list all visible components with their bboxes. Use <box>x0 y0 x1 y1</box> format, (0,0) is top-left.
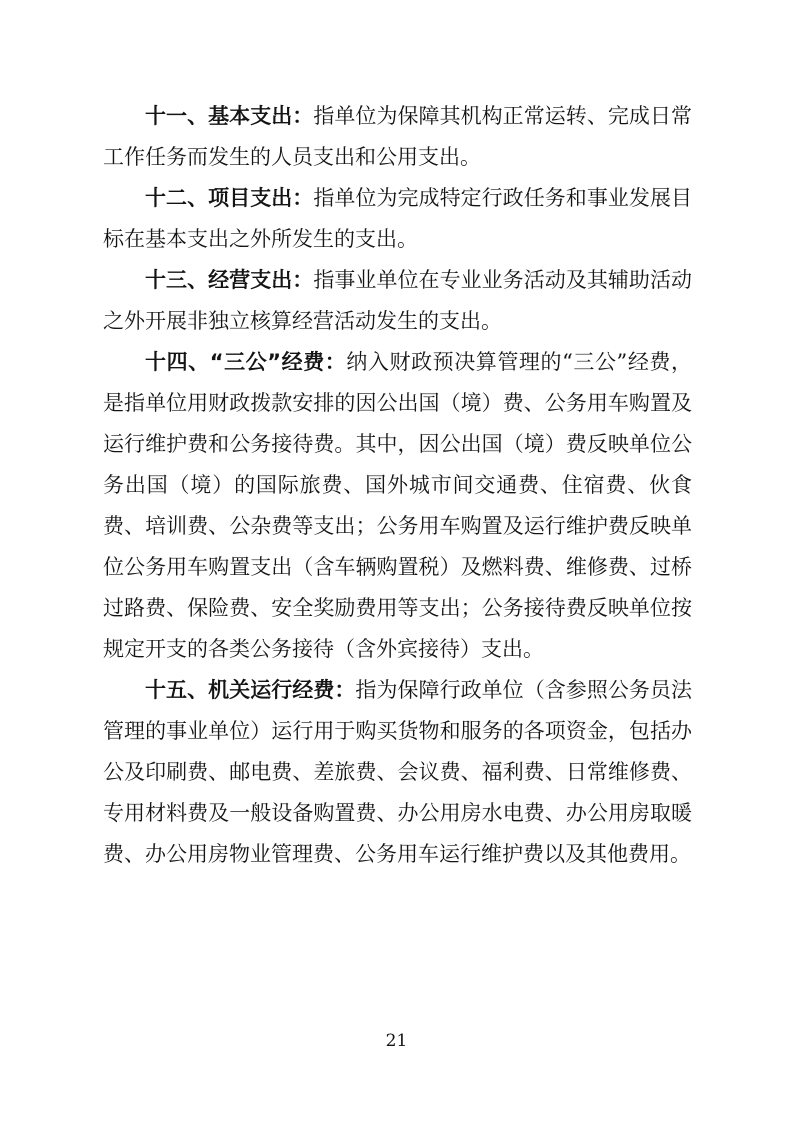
definition-paragraph: 十一、基本支出：指单位为保障其机构正常运转、完成日常工作任务而发生的人员支出和公… <box>103 96 692 178</box>
definition-paragraph: 十三、经营支出：指事业单位在专业业务活动及其辅助活动之外开展非独立核算经营活动发… <box>103 260 692 342</box>
page-number: 21 <box>386 1031 408 1051</box>
term-heading: 十一、基本支出： <box>145 104 313 128</box>
document-text-block: 十一、基本支出：指单位为保障其机构正常运转、完成日常工作任务而发生的人员支出和公… <box>103 96 692 875</box>
document-page: 十一、基本支出：指单位为保障其机构正常运转、完成日常工作任务而发生的人员支出和公… <box>0 0 793 1122</box>
term-heading: 十五、机关运行经费： <box>145 678 355 702</box>
definition-paragraph: 十四、“三公”经费：纳入财政预决算管理的“三公”经费，是指单位用财政拨款安排的因… <box>103 342 692 670</box>
term-definition: 指为保障行政单位（含参照公务员法管理的事业单位）运行用于购买货物和服务的各项资金… <box>103 678 692 866</box>
definition-paragraph: 十五、机关运行经费：指为保障行政单位（含参照公务员法管理的事业单位）运行用于购买… <box>103 670 692 875</box>
term-heading: 十三、经营支出： <box>145 268 313 292</box>
term-definition: 纳入财政预决算管理的“三公”经费，是指单位用财政拨款安排的因公出国（境）费、公务… <box>103 350 692 661</box>
term-heading: 十四、“三公”经费： <box>145 350 346 374</box>
page-footer: 21 <box>0 1031 793 1051</box>
term-heading: 十二、项目支出： <box>145 186 313 210</box>
definition-paragraph: 十二、项目支出：指单位为完成特定行政任务和事业发展目标在基本支出之外所发生的支出… <box>103 178 692 260</box>
